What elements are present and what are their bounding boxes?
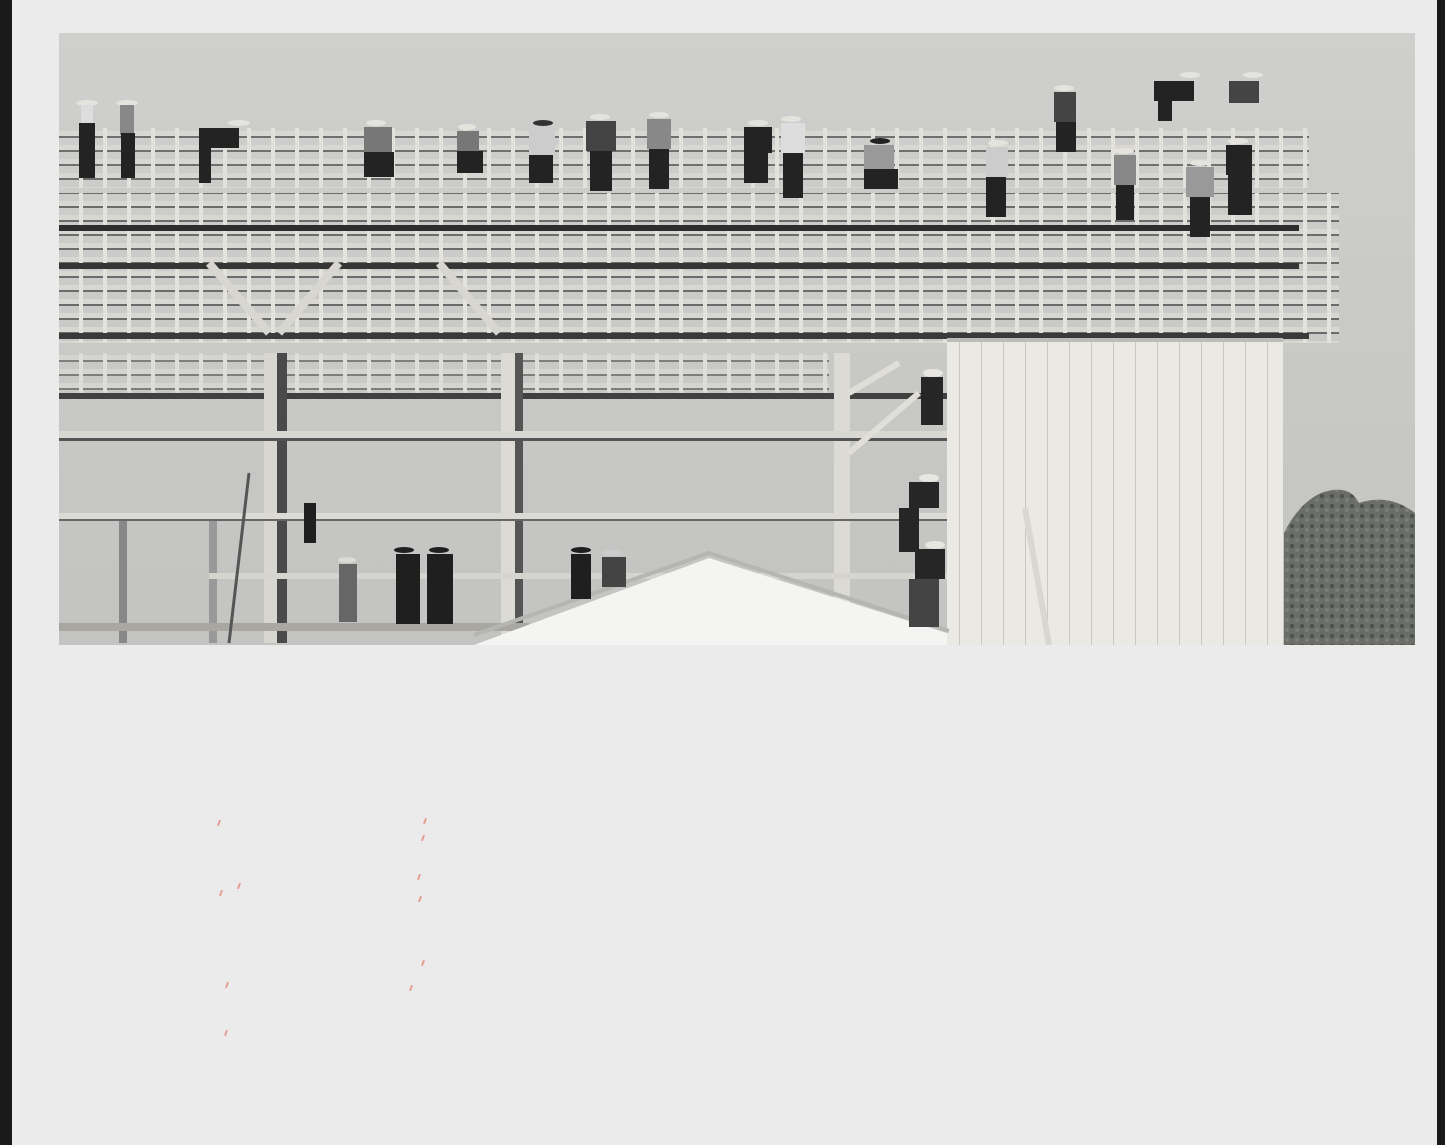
barn-raising-photo bbox=[59, 33, 1415, 645]
photo-print-paper bbox=[12, 0, 1437, 1145]
